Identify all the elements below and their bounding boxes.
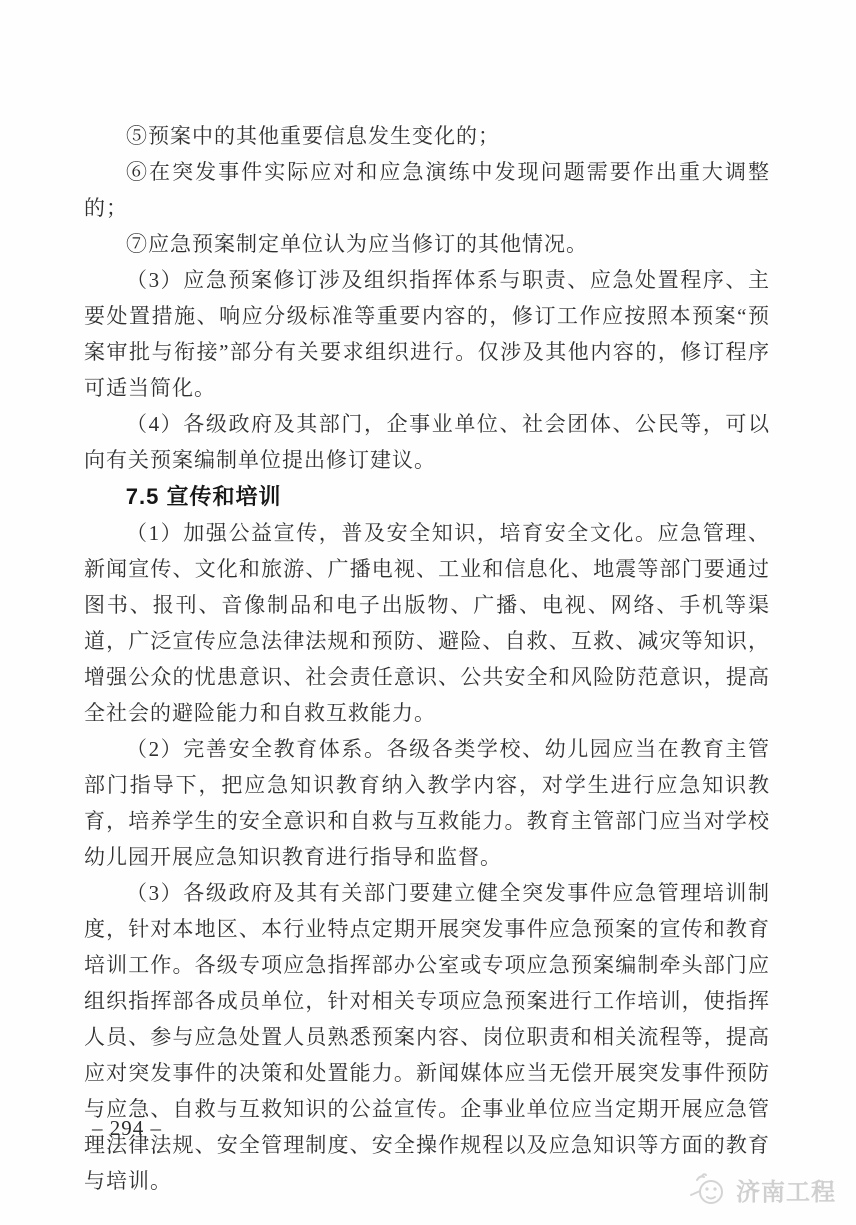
clause-item-6: ⑥在突发事件实际应对和应急演练中发现问题需要作出重大调整的； <box>84 154 770 226</box>
clause-item-7: ⑦应急预案制定单位认为应当修订的其他情况。 <box>84 226 770 262</box>
document-body: ⑤预案中的其他重要信息发生变化的； ⑥在突发事件实际应对和应急演练中发现问题需要… <box>84 118 770 1199</box>
page-number: – 294 – <box>92 1116 162 1141</box>
paragraph-public-awareness: （1）加强公益宣传，普及安全知识，培育安全文化。应急管理、新闻宣传、文化和旅游、… <box>84 515 770 731</box>
paragraph-training-system: （3）各级政府及其有关部门要建立健全突发事件应急管理培训制度，针对本地区、本行业… <box>84 875 770 1199</box>
paragraph-revision-suggestions: （4）各级政府及其部门，企事业单位、社会团体、公民等，可以向有关预案编制单位提出… <box>84 406 770 478</box>
watermark: 济南工程 <box>687 1168 836 1210</box>
scanned-document-page: ⑤预案中的其他重要信息发生变化的； ⑥在突发事件实际应对和应急演练中发现问题需要… <box>0 0 856 1225</box>
watermark-text: 济南工程 <box>736 1172 836 1207</box>
clause-item-5: ⑤预案中的其他重要信息发生变化的； <box>84 118 770 154</box>
paragraph-safety-education: （2）完善安全教育体系。各级各类学校、幼儿园应当在教育主管部门指导下，把应急知识… <box>84 731 770 875</box>
mascot-logo-icon <box>687 1168 729 1210</box>
section-heading: 7.5 宣传和培训 <box>84 478 770 515</box>
paragraph-revision-scope: （3）应急预案修订涉及组织指挥体系与职责、应急处置程序、主要处置措施、响应分级标… <box>84 262 770 406</box>
